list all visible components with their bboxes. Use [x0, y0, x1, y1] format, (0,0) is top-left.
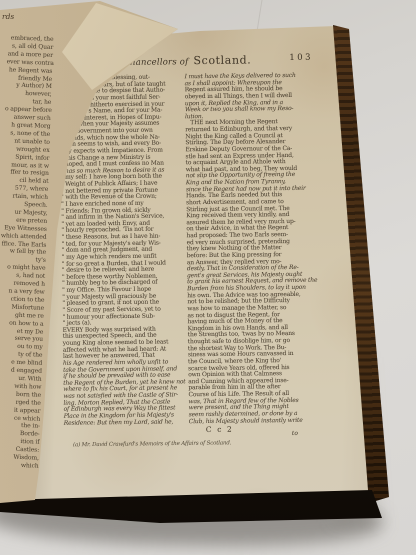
running-header-roman: Scotland. [193, 53, 251, 67]
page-number: 103 [289, 53, 313, 63]
text-line: which [0, 461, 39, 471]
footnote: (a) Mr. David Crawfurd's Memoirs of the … [73, 440, 231, 448]
text-column-right: I must have the Keys delivered to suchas… [185, 73, 317, 426]
left-page-header-fragment: rds [2, 12, 14, 21]
text-line: Residence: But then my Lord, said he, [64, 419, 185, 427]
catchword: to [292, 430, 298, 437]
signature-mark: C c 2 [206, 425, 234, 434]
text-line: he Regent was [6, 66, 52, 76]
book-photo-scene: Chancellors of Scotland. 103 " which, by… [0, 0, 416, 555]
